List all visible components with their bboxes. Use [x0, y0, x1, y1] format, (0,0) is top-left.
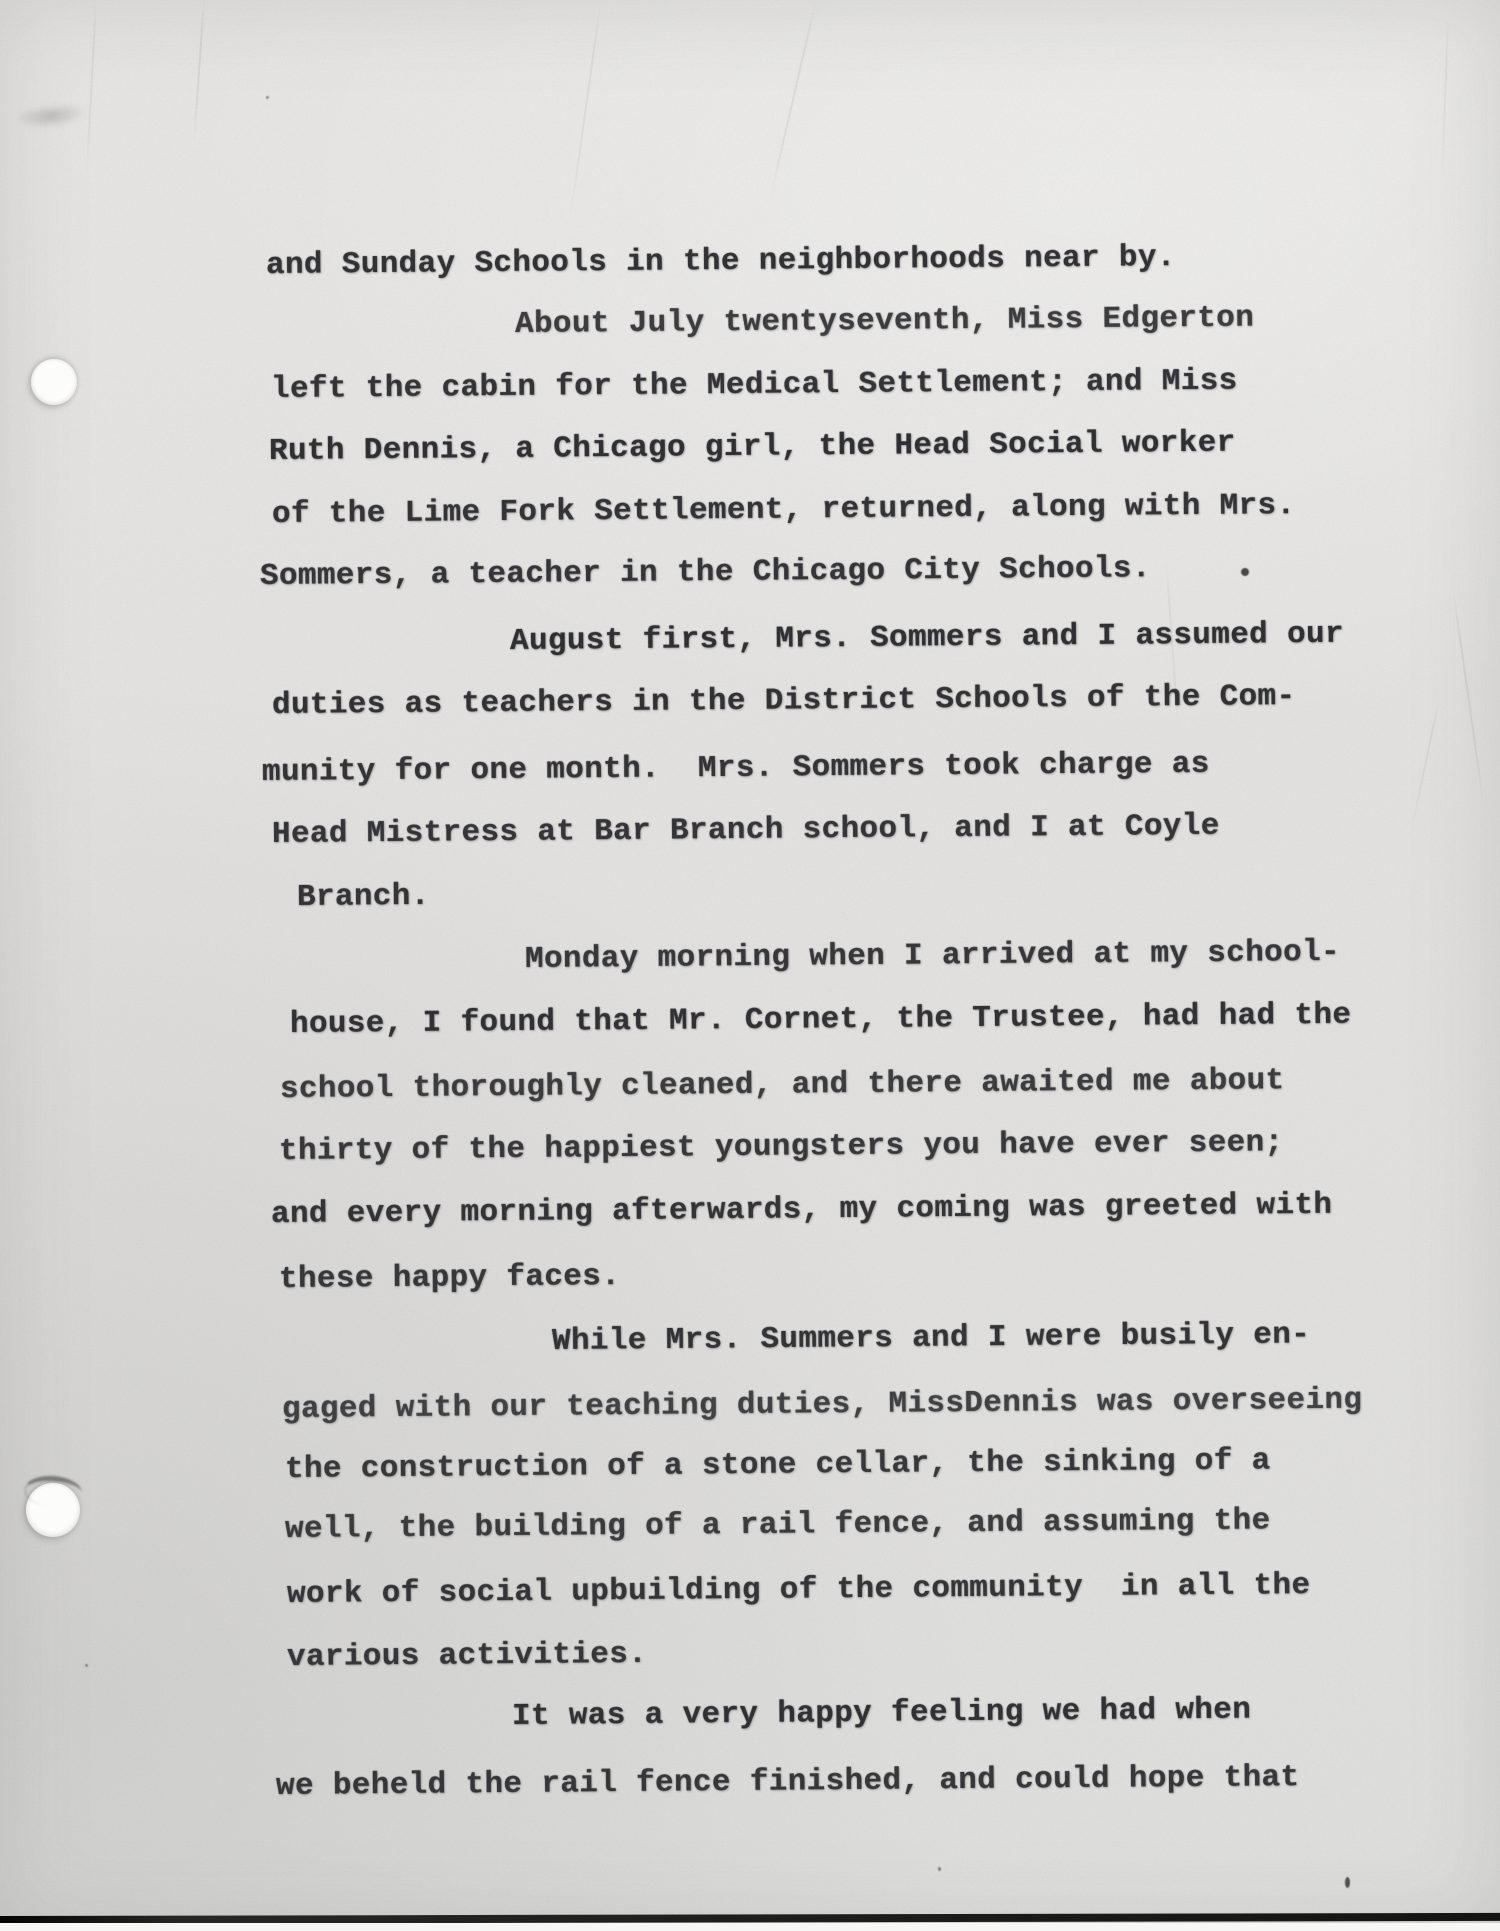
ink-speck [1345, 1877, 1350, 1888]
scan-edge-backing [0, 1923, 1500, 1931]
ink-speck [85, 1664, 88, 1667]
scanned-page: and Sunday Schools in the neighborhoods … [0, 0, 1500, 1931]
speck-layer [0, 0, 1500, 1931]
ink-speck [938, 1867, 941, 1871]
ink-speck [266, 96, 269, 99]
ink-speck [1241, 568, 1249, 576]
